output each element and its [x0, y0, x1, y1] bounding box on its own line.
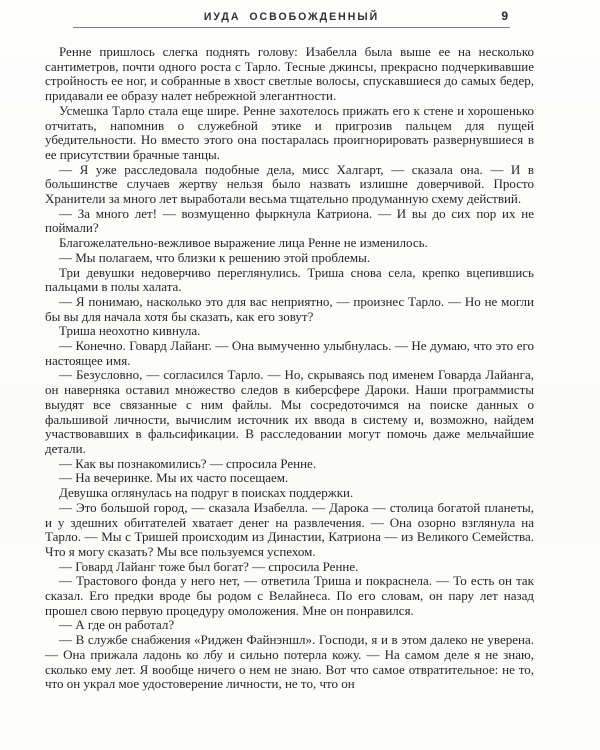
paragraph: Три девушки недоверчиво переглянулись. Т… — [45, 266, 534, 295]
page-number: 9 — [501, 9, 508, 23]
paragraph: Триша неохотно кивнула. — [45, 324, 534, 339]
paragraph: — За много лет! — возмущенно фыркнула Ка… — [45, 207, 534, 236]
paragraph: — В службе снабжения «Риджен Файнэншл». … — [45, 633, 534, 692]
paragraph: — На вечеринке. Мы их часто посещаем. — [45, 471, 534, 486]
paragraph: Благожелательно-вежливое выражение лица … — [45, 236, 534, 251]
paragraph: — Трастового фонда у него нет, — ответил… — [45, 574, 534, 618]
paragraph: Ренне пришлось слегка поднять голову: Из… — [45, 45, 534, 104]
paragraph: — Я понимаю, насколько это для вас непри… — [45, 295, 534, 324]
running-header: ИУДА ОСВОБОЖДЕННЫЙ 9 — [73, 0, 510, 28]
book-title: ИУДА ОСВОБОЖДЕННЫЙ — [73, 11, 510, 24]
paragraph: — А где он работал? — [45, 618, 534, 633]
paragraph: — Как вы познакомились? — спросила Ренне… — [45, 457, 534, 472]
paragraph: — Я уже расследовала подобные дела, мисс… — [45, 163, 534, 207]
paragraph: — Это большой город, — сказала Изабелла.… — [45, 501, 534, 560]
paragraph: — Говард Лайанг тоже был богат? — спроси… — [45, 560, 534, 575]
paragraph: — Конечно. Говард Лайанг. — Она вымученн… — [45, 339, 534, 368]
paragraph: — Мы полагаем, что близки к решению этой… — [45, 251, 534, 266]
paragraph: Усмешка Тарло стала еще шире. Ренне захо… — [45, 104, 534, 163]
paragraph: Девушка оглянулась на подруг в поисках п… — [45, 486, 534, 501]
page-body: Ренне пришлось слегка поднять голову: Из… — [45, 45, 534, 692]
paragraph: — Безусловно, — согласился Тарло. — Но, … — [45, 368, 534, 456]
book-page: ИУДА ОСВОБОЖДЕННЫЙ 9 Ренне пришлось слег… — [0, 0, 600, 750]
